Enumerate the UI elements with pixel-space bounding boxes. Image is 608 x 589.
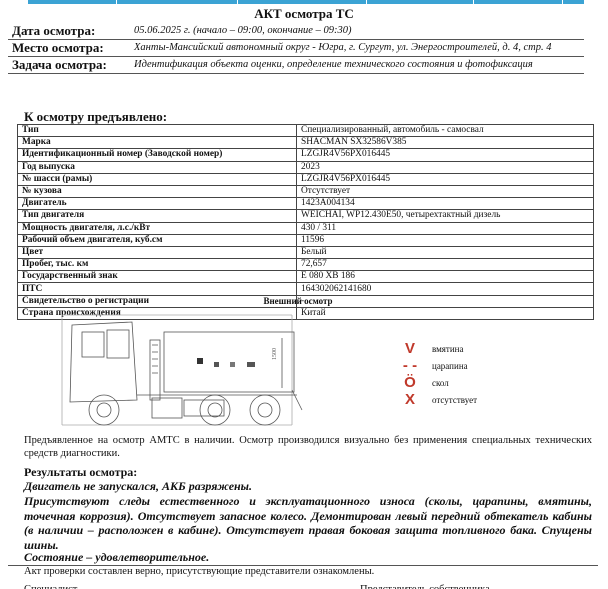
table-row: ПТС164302062141680 <box>18 283 594 295</box>
spec-key: Год выпуска <box>18 161 297 173</box>
meta-label: Дата осмотра: <box>8 23 134 39</box>
spec-key: Мощность двигателя, л.с./кВт <box>18 222 297 234</box>
table-row: Идентификационный номер (Заводской номер… <box>18 149 594 161</box>
result-line: Двигатель не запускался, АКБ разряжены. <box>24 479 592 494</box>
legend-item-missing: Xотсутствует <box>398 391 477 408</box>
spec-value: 2023 <box>297 161 594 173</box>
spec-value: WEICHAI, WP12.430E50, четырехтактный диз… <box>297 210 594 222</box>
meta-date: Дата осмотра: 05.06.2025 г. (начало – 09… <box>8 23 584 40</box>
spec-value: 430 / 311 <box>297 222 594 234</box>
table-row: Тип двигателяWEICHAI, WP12.430E50, четыр… <box>18 210 594 222</box>
spec-key: ПТС <box>18 283 297 295</box>
table-row: Год выпуска2023 <box>18 161 594 173</box>
spec-key: Двигатель <box>18 198 297 210</box>
spec-key: Пробег, тыс. км <box>18 259 297 271</box>
table-row: № шасси (рамы)LZGJR4V56PX016445 <box>18 173 594 185</box>
scratch-icon: - - <box>398 357 422 374</box>
meta-value: Ханты-Мансийский автономный округ - Югра… <box>134 40 551 56</box>
signature-owner: Представитель собственника <box>360 584 490 589</box>
spec-key: Идентификационный номер (Заводской номер… <box>18 149 297 161</box>
spec-key: Тип <box>18 125 297 137</box>
truck-diagram: 1500 <box>52 310 307 435</box>
exterior-title: Внешний осмотр <box>0 296 602 306</box>
spec-value: Е 080 ХВ 186 <box>297 271 594 283</box>
table-row: Рабочий объем двигателя, куб.см11596 <box>18 234 594 246</box>
legend-item-scratch: - -царапина <box>398 357 477 374</box>
spec-value: LZGJR4V56PX016445 <box>297 149 594 161</box>
table-row: ТипСпециализированный, автомобиль - само… <box>18 125 594 137</box>
footer-note: Акт проверки составлен верно, присутству… <box>24 566 374 577</box>
section-title: К осмотру предъявлено: <box>24 109 167 125</box>
legend-item-chip: Öскол <box>398 374 477 391</box>
table-row: ЦветБелый <box>18 246 594 258</box>
table-row: МаркаSHACMAN SX32586V385 <box>18 137 594 149</box>
spec-key: Цвет <box>18 246 297 258</box>
meta-place: Место осмотра: Ханты-Мансийский автономн… <box>8 40 584 57</box>
legend-label: вмятина <box>432 344 464 354</box>
legend-label: царапина <box>432 361 468 371</box>
results-title: Результаты осмотра: <box>24 465 137 480</box>
spec-key: Государственный знак <box>18 271 297 283</box>
legend-label: скол <box>432 378 449 388</box>
meta-label: Задача осмотра: <box>8 57 134 73</box>
spec-value: LZGJR4V56PX016445 <box>297 173 594 185</box>
spec-value: 1423A004134 <box>297 198 594 210</box>
top-color-bar <box>28 0 584 4</box>
spec-key: № кузова <box>18 185 297 197</box>
result-line: Состояние – удовлетворительное. <box>24 550 592 565</box>
spec-value: Китай <box>297 307 594 319</box>
spec-table: ТипСпециализированный, автомобиль - само… <box>17 124 594 320</box>
spec-value: Отсутствует <box>297 185 594 197</box>
table-row: Двигатель1423A004134 <box>18 198 594 210</box>
legend-label: отсутствует <box>432 395 477 405</box>
page-title: АКТ осмотра ТС <box>0 6 608 22</box>
damage-legend: Vвмятина - -царапина Öскол Xотсутствует <box>398 340 477 408</box>
dent-icon: V <box>398 340 422 357</box>
inspection-note: Предъявленное на осмотр АМТС в наличии. … <box>24 434 592 460</box>
spec-value: 11596 <box>297 234 594 246</box>
spec-key: Марка <box>18 137 297 149</box>
table-row: Мощность двигателя, л.с./кВт430 / 311 <box>18 222 594 234</box>
chip-icon: Ö <box>398 374 422 391</box>
spec-value: Белый <box>297 246 594 258</box>
svg-text:1500: 1500 <box>272 348 278 360</box>
missing-icon: X <box>398 391 422 408</box>
spec-value: Специализированный, автомобиль - самосва… <box>297 125 594 137</box>
meta-value: Идентификация объекта оценки, определени… <box>134 57 533 73</box>
spec-value: SHACMAN SX32586V385 <box>297 137 594 149</box>
signature-specialist: Специалист <box>24 584 77 589</box>
spec-key: Тип двигателя <box>18 210 297 222</box>
meta-value: 05.06.2025 г. (начало – 09:00, окончание… <box>134 23 351 39</box>
meta-task: Задача осмотра: Идентификация объекта оц… <box>8 57 584 74</box>
spec-value: 164302062141680 <box>297 283 594 295</box>
spec-key: № шасси (рамы) <box>18 173 297 185</box>
legend-item-dent: Vвмятина <box>398 340 477 357</box>
table-row: Пробег, тыс. км72,657 <box>18 259 594 271</box>
spec-key: Рабочий объем двигателя, куб.см <box>18 234 297 246</box>
table-row: Государственный знакЕ 080 ХВ 186 <box>18 271 594 283</box>
result-line: Присутствуют следы естественного и экспл… <box>24 494 592 552</box>
meta-label: Место осмотра: <box>8 40 134 56</box>
spec-value: 72,657 <box>297 259 594 271</box>
table-row: № кузоваОтсутствует <box>18 185 594 197</box>
